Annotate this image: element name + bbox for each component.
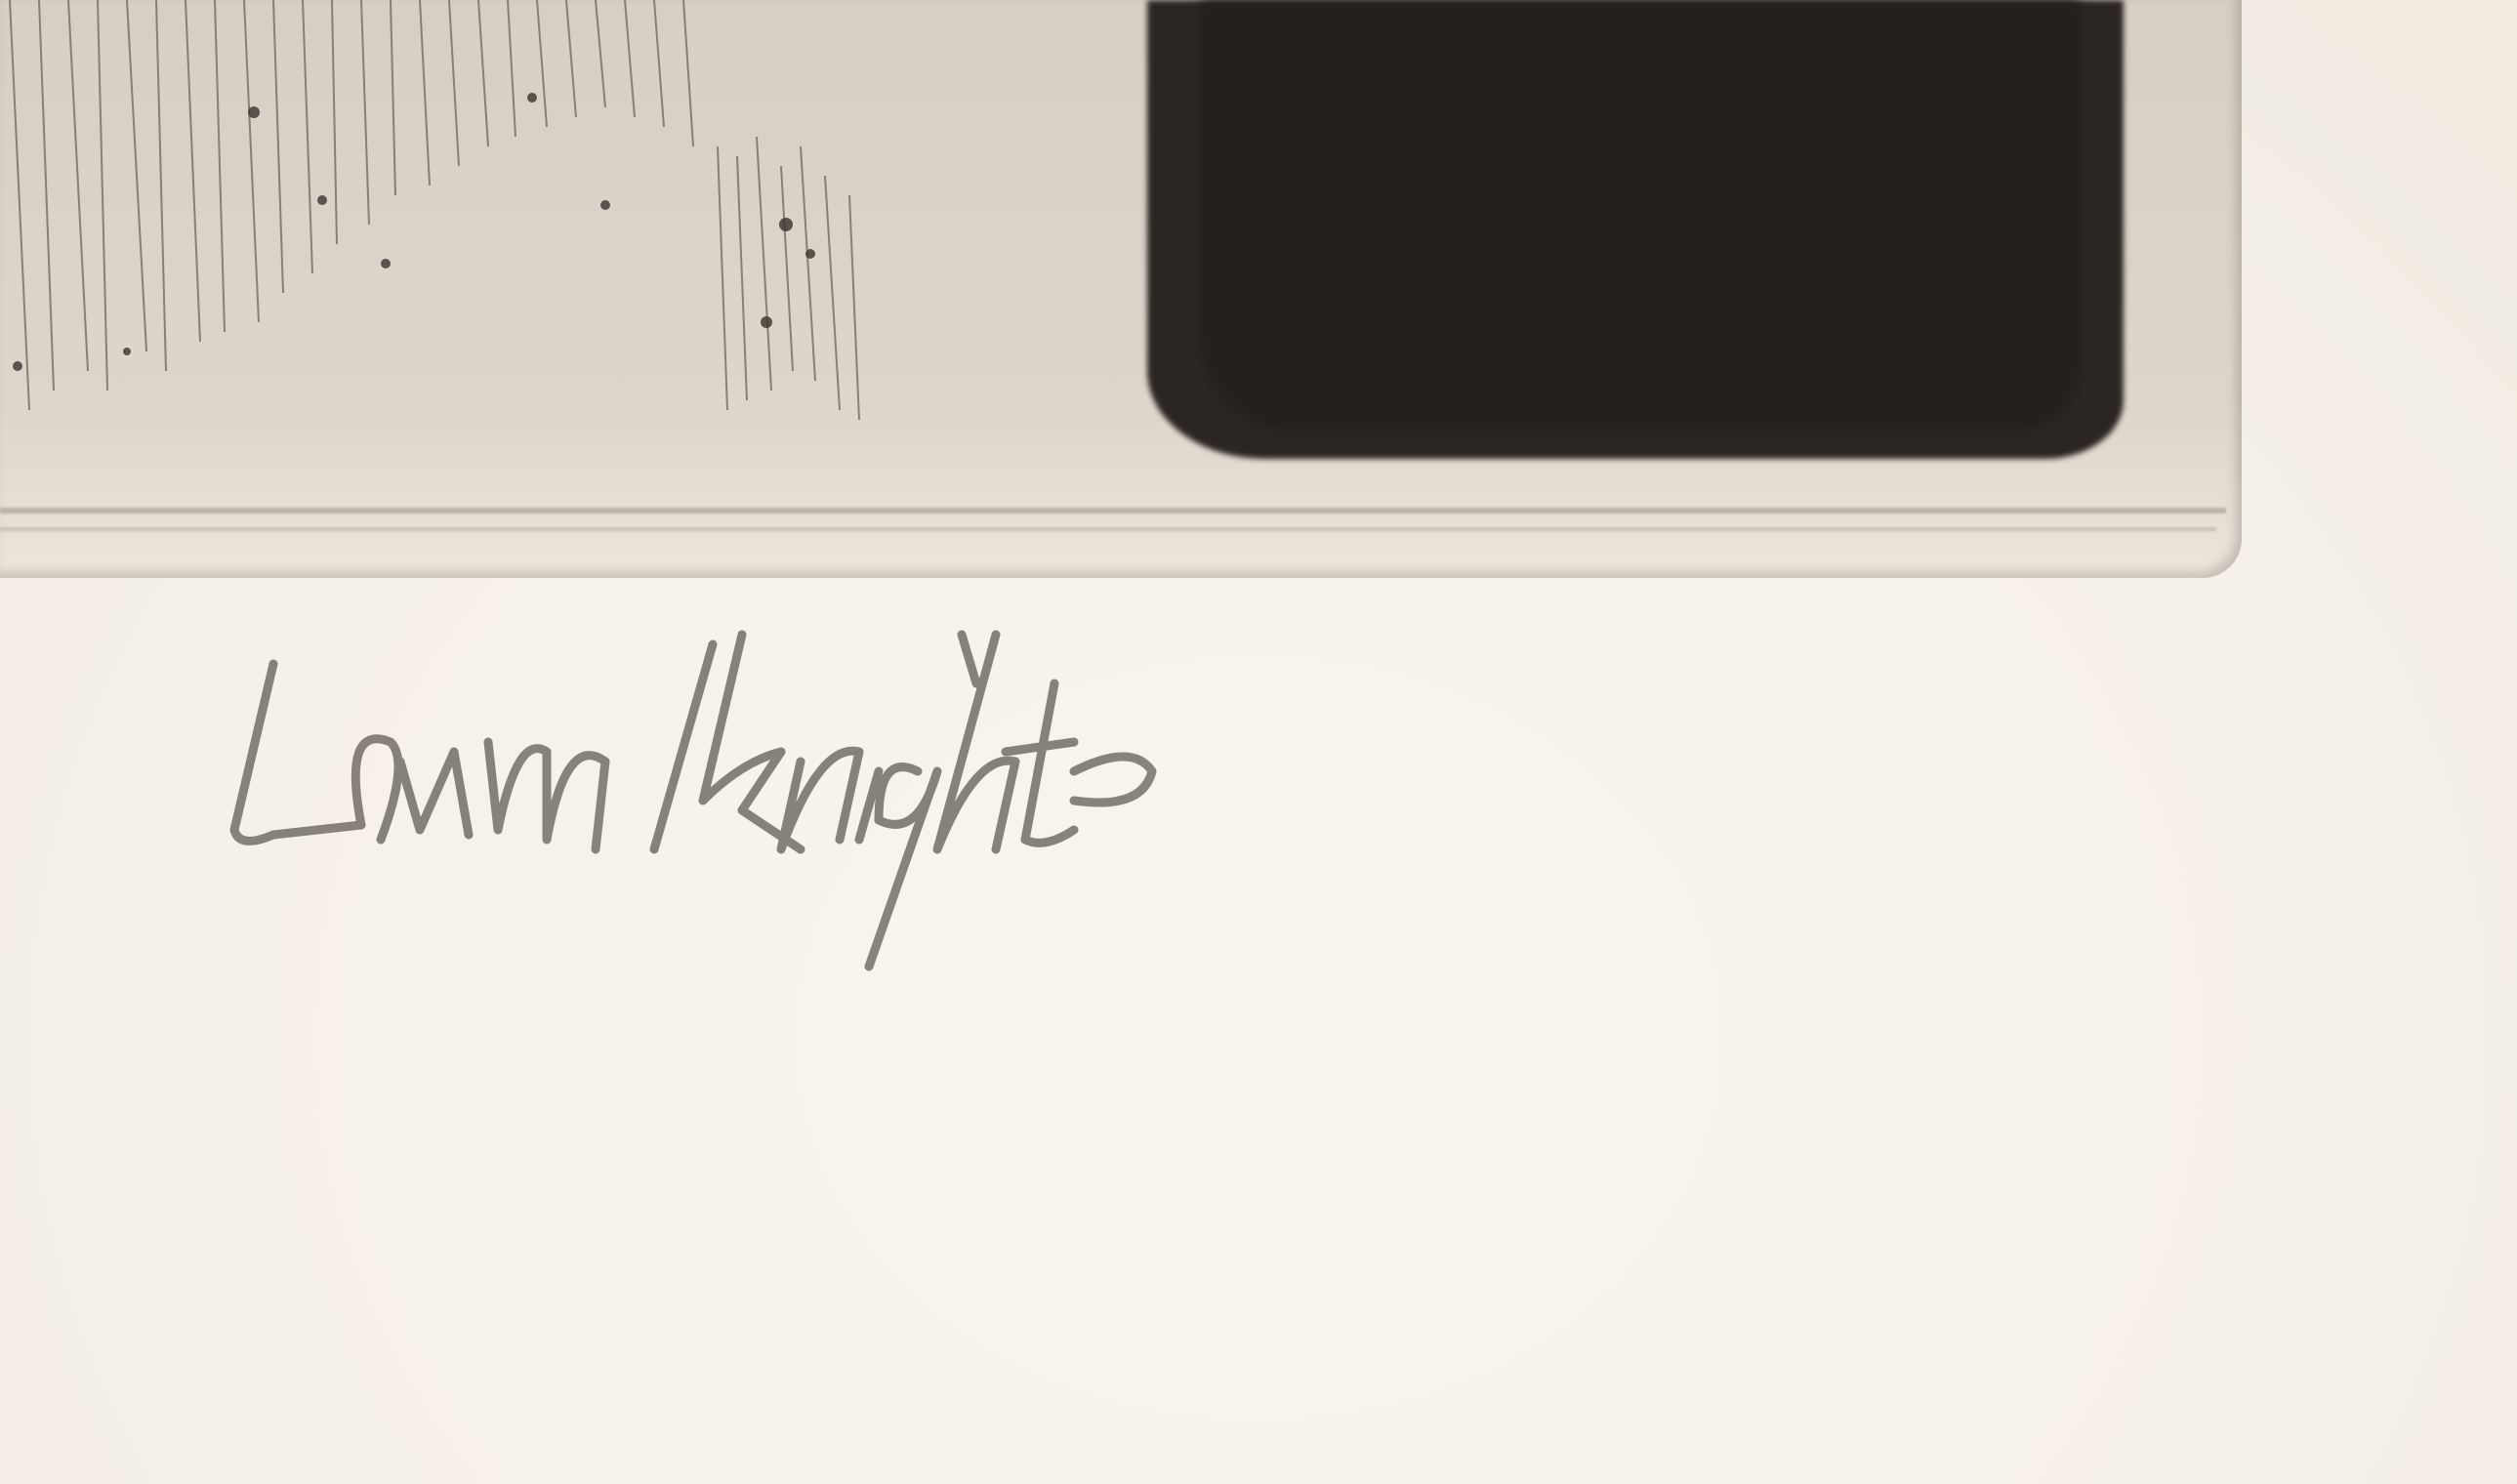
hatching-lines <box>0 0 937 430</box>
dark-aquatint-core <box>1201 0 2080 430</box>
plate-line <box>0 508 2226 514</box>
plate-line-lower <box>0 527 2216 531</box>
etching-plate <box>0 0 2242 578</box>
paper-margin: Laura Knight <box>0 0 2517 1484</box>
pencil-signature <box>195 605 2128 976</box>
